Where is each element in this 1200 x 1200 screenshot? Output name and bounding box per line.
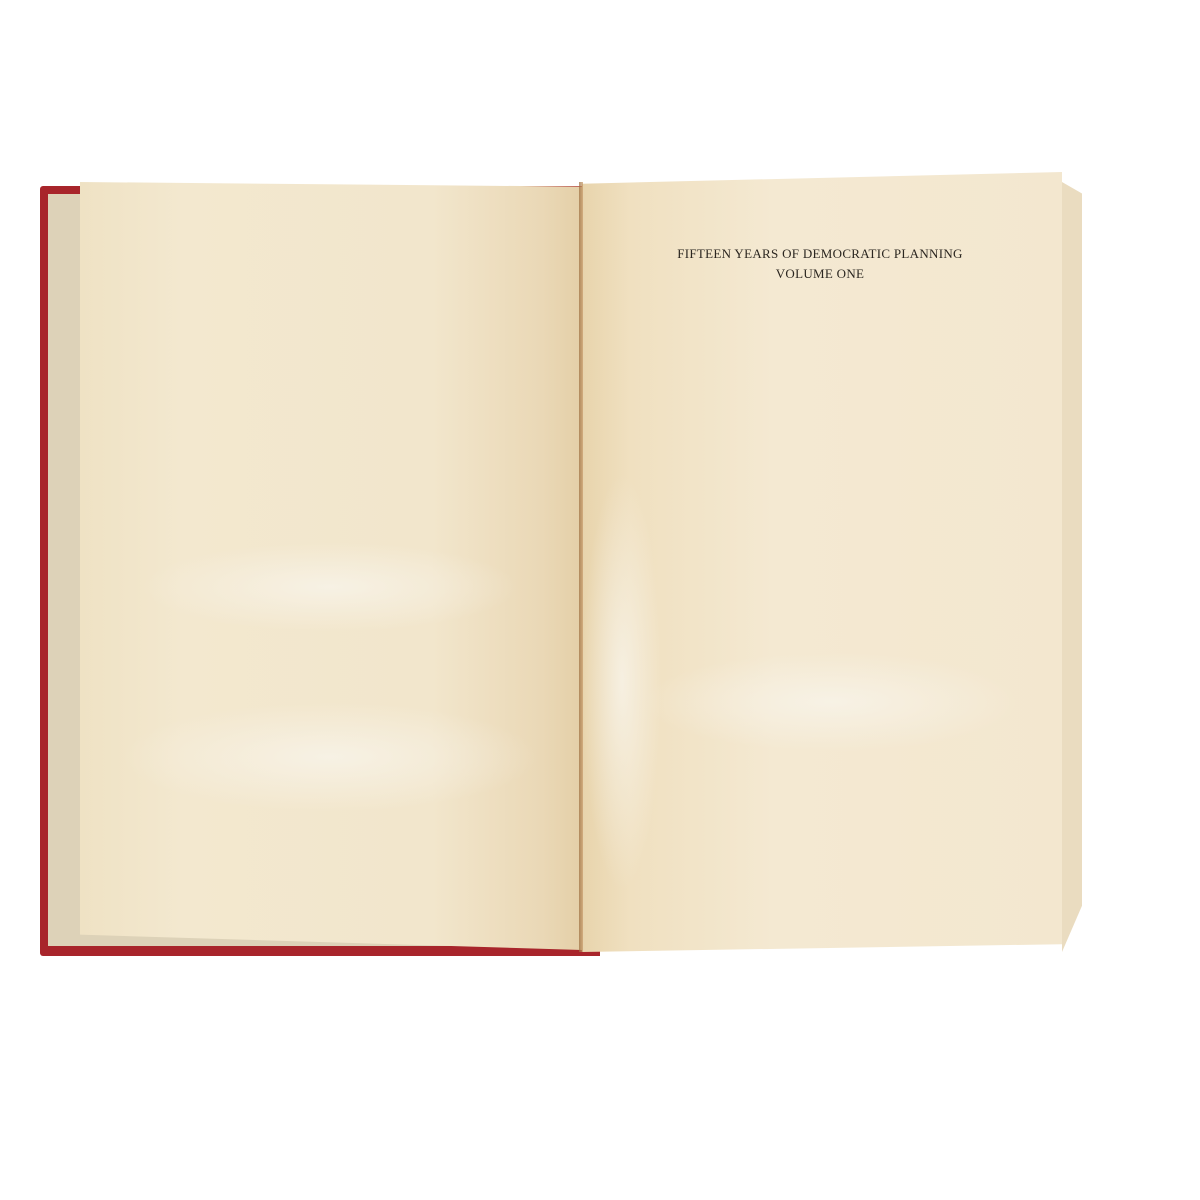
paper-wrinkle	[642, 652, 1022, 752]
half-title: FIFTEEN YEARS OF DEMOCRATIC PLANNING VOL…	[650, 244, 990, 284]
open-book: FIFTEEN YEARS OF DEMOCRATIC PLANNING VOL…	[0, 0, 1200, 1200]
water-stain	[582, 472, 662, 892]
page-edge	[1062, 182, 1082, 952]
book-title: FIFTEEN YEARS OF DEMOCRATIC PLANNING	[650, 244, 990, 264]
book-gutter	[579, 182, 583, 952]
paper-wrinkle	[140, 542, 520, 632]
paper-wrinkle	[120, 702, 540, 812]
right-page	[582, 172, 1062, 952]
left-page	[80, 182, 582, 950]
volume-label: VOLUME ONE	[650, 264, 990, 284]
